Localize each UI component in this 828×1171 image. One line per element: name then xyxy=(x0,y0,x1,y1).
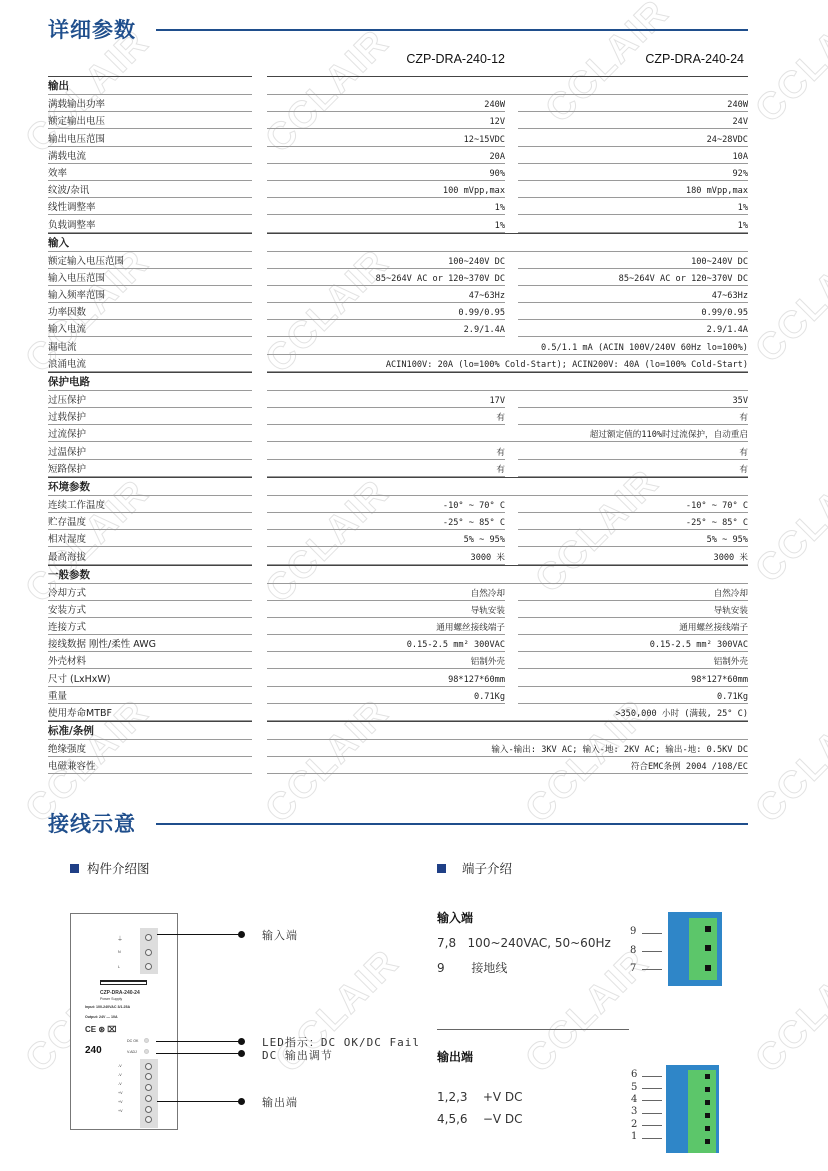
spec-row: 输入电压范围85~264V AC or 120~370V DC85~264V A… xyxy=(48,269,748,286)
spec-label: 短路保护 xyxy=(48,460,252,477)
spec-value-model-2: 85~264V AC or 120~370V DC xyxy=(518,269,748,286)
spec-label: 漏电流 xyxy=(48,337,252,354)
spec-label: 线性调整率 xyxy=(48,198,252,215)
spec-label: 功率因数 xyxy=(48,303,252,320)
spec-value-shared: >350,000 小时 (满载, 25° C) xyxy=(267,704,748,721)
watermark-text: CCLAIR xyxy=(748,451,828,591)
spec-value-model-1: 0.71Kg xyxy=(267,687,505,704)
spec-value-model-2: 10A xyxy=(518,147,748,164)
pin-label-n: N xyxy=(118,950,121,954)
spec-value-shared: 0.5/1.1 mA (ACIN 100V/240V 60Hz lo=100%) xyxy=(267,337,748,354)
spec-label: 安装方式 xyxy=(48,601,252,618)
spec-label: 过温保护 xyxy=(48,442,252,459)
spec-row: 贮存温度-25° ~ 85° C-25° ~ 85° C xyxy=(48,513,748,530)
spec-value-model-2: 3000 米 xyxy=(518,547,748,564)
spec-value-model-1: 47~63Hz xyxy=(267,286,505,303)
bullet-square-icon xyxy=(437,864,446,873)
spec-value-model-2: 有 xyxy=(518,460,748,477)
spec-row: 绝缘强度输入-输出: 3KV AC; 输入-地: 2KV AC; 输出-地: 0… xyxy=(48,740,748,757)
spec-value-model-1: -10° ~ 70° C xyxy=(267,496,505,513)
spec-label: 输入电压范围 xyxy=(48,269,252,286)
spec-label: 过载保护 xyxy=(48,408,252,425)
spec-label: 浪涌电流 xyxy=(48,355,252,372)
spec-row: 满载电流20A10A xyxy=(48,147,748,164)
spec-row: 过温保护有有 xyxy=(48,442,748,459)
output-line-2: 4,5,6 −V DC xyxy=(437,1112,523,1126)
spec-value-model-2: 0.71Kg xyxy=(518,687,748,704)
spec-value-model-2: 24V xyxy=(518,112,748,129)
spec-value-model-1: 1% xyxy=(267,198,505,215)
spec-value-model-2: 铝制外壳 xyxy=(518,652,748,669)
watermark-text: CCLAIR xyxy=(748,691,828,831)
spec-value-model-1: 有 xyxy=(267,408,505,425)
led-window-icon xyxy=(100,980,147,985)
spec-label: 电磁兼容性 xyxy=(48,757,252,774)
model-header-1: CZP-DRA-240-12 xyxy=(330,52,505,66)
spec-label: 输入电流 xyxy=(48,320,252,337)
spec-row: 漏电流0.5/1.1 mA (ACIN 100V/240V 60Hz lo=10… xyxy=(48,337,748,354)
wiring-heading: 接线示意 xyxy=(48,808,136,838)
input-terminal-block xyxy=(140,928,158,974)
spec-value-model-2: 通用螺丝接线端子 xyxy=(518,618,748,635)
spec-value-model-2: 1% xyxy=(518,215,748,232)
spec-row: 相对湿度5% ~ 95%5% ~ 95% xyxy=(48,530,748,547)
spec-row: 连接方式通用螺丝接线端子通用螺丝接线端子 xyxy=(48,618,748,635)
spec-value-model-1: 通用螺丝接线端子 xyxy=(267,618,505,635)
bullet-square-icon xyxy=(70,864,79,873)
spec-value-model-1: 240W xyxy=(267,95,505,112)
spec-label: 额定输出电压 xyxy=(48,112,252,129)
spec-value-model-2: 100~240V DC xyxy=(518,252,748,269)
spec-value-shared: ACIN100V: 20A (lo=100% Cold-Start); ACIN… xyxy=(267,355,748,372)
spec-value-shared: 超过额定值的110%时过流保护，自动重启 xyxy=(267,425,748,442)
output-line-1: 1,2,3 +V DC xyxy=(437,1090,523,1104)
spec-group-header: 输出 xyxy=(48,76,748,95)
spec-label: 纹波/杂讯 xyxy=(48,181,252,198)
spec-value-model-2: 有 xyxy=(518,408,748,425)
spec-row: 过压保护17V35V xyxy=(48,391,748,408)
spec-group-header: 一般参数 xyxy=(48,565,748,584)
spec-row: 额定输入电压范围100~240V DC100~240V DC xyxy=(48,252,748,269)
spec-value-model-1: 98*127*60mm xyxy=(267,669,505,686)
spec-value-shared: 符合EMC条例 2004 /108/EC xyxy=(267,757,748,774)
spec-label: 满载电流 xyxy=(48,147,252,164)
pin-label-ground: ⏚ xyxy=(117,934,123,943)
spec-row: 功率因数0.99/0.950.99/0.95 xyxy=(48,303,748,320)
spec-label: 额定输入电压范围 xyxy=(48,252,252,269)
spec-value-model-2: 24~28VDC xyxy=(518,129,748,146)
spec-value-model-2: 5% ~ 95% xyxy=(518,530,748,547)
spec-value-model-2: 35V xyxy=(518,391,748,408)
spec-label: 相对湿度 xyxy=(48,530,252,547)
spec-label: 输出电压范围 xyxy=(48,129,252,146)
spec-value-model-2: 0.15-2.5 mm² 300VAC xyxy=(518,635,748,652)
spec-row: 重量0.71Kg0.71Kg xyxy=(48,687,748,704)
spec-row: 短路保护有有 xyxy=(48,460,748,477)
spec-row: 电磁兼容性符合EMC条例 2004 /108/EC xyxy=(48,757,748,774)
callout-dot-icon xyxy=(238,1038,245,1045)
spec-value-model-1: 12V xyxy=(267,112,505,129)
watermark-text: CCLAIR xyxy=(748,231,828,371)
spec-value-model-2: -25° ~ 85° C xyxy=(518,513,748,530)
spec-row: 使用寿命MTBF>350,000 小时 (满载, 25° C) xyxy=(48,704,748,721)
spec-value-model-1: -25° ~ 85° C xyxy=(267,513,505,530)
callout-input: 输入端 xyxy=(262,927,298,943)
device-model-label: CZP-DRA-240-24 xyxy=(100,990,140,996)
spec-row: 输出电压范围12~15VDC24~28VDC xyxy=(48,129,748,146)
spec-group-header: 环境参数 xyxy=(48,477,748,496)
spec-row: 过载保护有有 xyxy=(48,408,748,425)
callout-adjust: DC 输出调节 xyxy=(262,1047,333,1063)
spec-row: 最高海拔3000 米3000 米 xyxy=(48,547,748,564)
spec-group-header: 标准/条例 xyxy=(48,721,748,740)
spec-row: 尺寸 (LxHxW)98*127*60mm98*127*60mm xyxy=(48,669,748,686)
spec-label: 外壳材料 xyxy=(48,652,252,669)
section-title-specs: 详细参数 xyxy=(48,14,136,44)
model-header-2: CZP-DRA-240-24 xyxy=(570,52,744,66)
spec-value-model-1: 0.99/0.95 xyxy=(267,303,505,320)
spec-value-model-1: 铝制外壳 xyxy=(267,652,505,669)
spec-label: 输入频率范围 xyxy=(48,286,252,303)
spec-row: 过流保护超过额定值的110%时过流保护，自动重启 xyxy=(48,425,748,442)
spec-value-model-2: 导轨安装 xyxy=(518,601,748,618)
spec-row: 冷却方式自然冷却自然冷却 xyxy=(48,584,748,601)
callout-output: 输出端 xyxy=(262,1094,298,1110)
spec-value-model-1: 导轨安装 xyxy=(267,601,505,618)
spec-label: 连续工作温度 xyxy=(48,496,252,513)
spec-label: 尺寸 (LxHxW) xyxy=(48,669,252,686)
watermark-text: CCLAIR xyxy=(748,941,828,1081)
callout-dot-icon xyxy=(238,931,245,938)
callout-line-output xyxy=(157,1101,242,1102)
spec-label: 绝缘强度 xyxy=(48,740,252,757)
spec-value-model-1: 2.9/1.4A xyxy=(267,320,505,337)
spec-label: 负载调整率 xyxy=(48,215,252,232)
spec-value-model-1: 自然冷却 xyxy=(267,584,505,601)
spec-row: 额定输出电压12V24V xyxy=(48,112,748,129)
spec-value-model-1: 有 xyxy=(267,460,505,477)
spec-value-model-1: 100~240V DC xyxy=(267,252,505,269)
spec-value-model-1: 12~15VDC xyxy=(267,129,505,146)
section-title-wiring: 接线示意 xyxy=(48,808,136,838)
spec-label: 过流保护 xyxy=(48,425,252,442)
spec-value-model-1: 0.15-2.5 mm² 300VAC xyxy=(267,635,505,652)
spec-value-model-2: 92% xyxy=(518,164,748,181)
device-diagram: ⏚ N L CZP-DRA-240-24 Power Supply Input:… xyxy=(70,913,178,1130)
spec-row: 连续工作温度-10° ~ 70° C-10° ~ 70° C xyxy=(48,496,748,513)
spec-row: 满载输出功率240W240W xyxy=(48,95,748,112)
spec-value-model-2: 180 mVpp,max xyxy=(518,181,748,198)
callout-line-input xyxy=(157,934,242,935)
spec-value-model-2: 1% xyxy=(518,198,748,215)
output-terminal-block xyxy=(140,1059,158,1128)
spec-label: 接线数据 刚性/柔性 AWG xyxy=(48,635,252,652)
spec-value-model-1: 100 mVpp,max xyxy=(267,181,505,198)
spec-row: 线性调整率1%1% xyxy=(48,198,748,215)
callout-dot-icon xyxy=(238,1050,245,1057)
wattage-badge: 240 xyxy=(85,1045,102,1056)
callout-dot-icon xyxy=(238,1098,245,1105)
spec-value-model-1: 90% xyxy=(267,164,505,181)
spec-value-model-1: 20A xyxy=(267,147,505,164)
spec-row: 输入频率范围47~63Hz47~63Hz xyxy=(48,286,748,303)
spec-label: 连接方式 xyxy=(48,618,252,635)
spec-value-model-1: 85~264V AC or 120~370V DC xyxy=(267,269,505,286)
output-terminal-title: 输出端 xyxy=(437,1048,473,1065)
divider xyxy=(437,1029,629,1030)
title-rule xyxy=(156,29,748,31)
spec-row: 负载调整率1%1% xyxy=(48,215,748,232)
spec-label: 冷却方式 xyxy=(48,584,252,601)
spec-value-model-1: 有 xyxy=(267,442,505,459)
spec-value-model-2: 240W xyxy=(518,95,748,112)
callout-line-adjust xyxy=(156,1053,242,1054)
ce-mark-icon: CE ⊛ ⌧ xyxy=(85,1025,116,1034)
spec-value-model-1: 3000 米 xyxy=(267,547,505,564)
watermark-text: CCLAIR xyxy=(518,941,658,1081)
spec-label: 贮存温度 xyxy=(48,513,252,530)
output-connector-photo xyxy=(666,1065,719,1153)
spec-value-model-2: 0.99/0.95 xyxy=(518,303,748,320)
spec-group-header: 保护电路 xyxy=(48,372,748,391)
spec-label: 重量 xyxy=(48,687,252,704)
spec-value-shared: 输入-输出: 3KV AC; 输入-地: 2KV AC; 输出-地: 0.5KV… xyxy=(267,740,748,757)
spec-value-model-1: 1% xyxy=(267,215,505,232)
input-line-2: 9 接地线 xyxy=(437,959,507,976)
components-subtitle: 构件介绍图 xyxy=(70,859,150,877)
title-rule xyxy=(156,823,748,825)
watermark-text: CCLAIR xyxy=(748,0,828,132)
pin-label-l: L xyxy=(118,965,120,969)
spec-label: 最高海拔 xyxy=(48,547,252,564)
spec-value-model-1: 5% ~ 95% xyxy=(267,530,505,547)
spec-value-model-2: 98*127*60mm xyxy=(518,669,748,686)
spec-label: 使用寿命MTBF xyxy=(48,704,252,721)
spec-label: 效率 xyxy=(48,164,252,181)
spec-group-header: 输入 xyxy=(48,233,748,252)
input-terminal-title: 输入端 xyxy=(437,909,473,926)
vadj-knob-icon xyxy=(144,1049,149,1054)
input-line-1: 7,8 100~240VAC, 50~60Hz xyxy=(437,936,611,950)
spec-row: 外壳材料铝制外壳铝制外壳 xyxy=(48,652,748,669)
spec-row: 纹波/杂讯100 mVpp,max180 mVpp,max xyxy=(48,181,748,198)
spec-value-model-2: 2.9/1.4A xyxy=(518,320,748,337)
spec-value-model-1: 17V xyxy=(267,391,505,408)
spec-row: 安装方式导轨安装导轨安装 xyxy=(48,601,748,618)
spec-label: 满载输出功率 xyxy=(48,95,252,112)
terminals-subtitle: 端子介绍 xyxy=(437,859,512,877)
spec-label: 过压保护 xyxy=(48,391,252,408)
spec-row: 浪涌电流ACIN100V: 20A (lo=100% Cold-Start); … xyxy=(48,355,748,372)
specs-heading: 详细参数 xyxy=(48,14,136,44)
spec-table: 输出满载输出功率240W240W额定输出电压12V24V输出电压范围12~15V… xyxy=(48,76,748,774)
spec-value-model-2: 有 xyxy=(518,442,748,459)
spec-value-model-2: 47~63Hz xyxy=(518,286,748,303)
spec-row: 效率90%92% xyxy=(48,164,748,181)
callout-line-led xyxy=(156,1041,242,1042)
spec-row: 接线数据 刚性/柔性 AWG0.15-2.5 mm² 300VAC0.15-2.… xyxy=(48,635,748,652)
spec-row: 输入电流2.9/1.4A2.9/1.4A xyxy=(48,320,748,337)
dc-ok-led-icon xyxy=(144,1038,149,1043)
input-connector-photo xyxy=(668,912,722,986)
spec-value-model-2: 自然冷却 xyxy=(518,584,748,601)
spec-value-model-2: -10° ~ 70° C xyxy=(518,496,748,513)
